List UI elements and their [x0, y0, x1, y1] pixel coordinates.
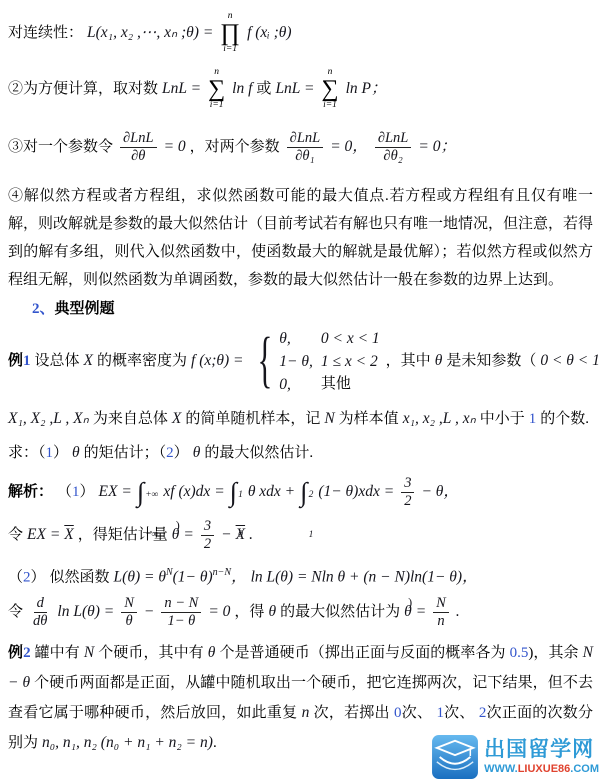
text-run: （	[57, 484, 72, 500]
formula-continuous-likelihood: 对连续性： L(x₁, x₂ ,⋯, xₙ ;θ) = n ∏ i=1 f (x…	[8, 10, 593, 56]
math-run: =	[183, 526, 193, 543]
math-run: X	[172, 410, 181, 427]
fraction-denominator: ∂θ₁	[292, 148, 317, 165]
text-run: 令	[8, 604, 23, 620]
math-run: EX =	[27, 526, 60, 543]
integral-upper-limit: +∞	[145, 475, 158, 515]
text-run: )，其余	[528, 645, 578, 661]
fraction: 3 2	[401, 475, 414, 509]
integral-lower-limit: 1	[309, 515, 314, 555]
text-run: 次，若掷出	[314, 705, 390, 721]
math-run: N	[324, 410, 334, 427]
fraction-denominator: n	[434, 613, 447, 630]
text-run: ）	[80, 484, 95, 500]
integral-limits: +∞ −∞	[145, 475, 158, 509]
text-run: 的简单随机样本，记	[185, 411, 320, 427]
url-domain: LIUXUE86	[518, 763, 571, 775]
text-run: 为来自总体	[93, 411, 168, 427]
example1-sample-description: X₁, X₂ ,L , Xₙ 为来自总体 X 的简单随机样本，记 N 为样本值 …	[8, 406, 593, 432]
fraction-denominator: θ	[122, 613, 135, 630]
text-run: 的矩估计；（	[84, 445, 167, 461]
solution-part2-mle: 令 d dθ ln L(θ) = N θ − n − N 1− θ = 0 ，得…	[8, 590, 593, 634]
text-run: 的最大似然估计为	[280, 604, 400, 620]
text-run: 是未知参数（	[446, 353, 536, 369]
math-run: θ	[208, 644, 216, 661]
numeral: 1	[72, 484, 80, 500]
solution-part1-moment-estimator: 令 EX = X ，得矩估计量 )θ = 3 2 − X .	[8, 514, 593, 556]
text-run: 次、	[402, 705, 433, 721]
text-run: ）	[174, 445, 189, 461]
heading-text: 典型例题	[55, 301, 115, 317]
logo-text: 出国留学网 WWW.LIUXUE86.COM	[484, 739, 599, 775]
solution-label: 解析：	[8, 484, 53, 500]
math-run: L(θ) = θ	[114, 568, 166, 585]
fraction-denominator: 1− θ	[164, 613, 198, 630]
fraction-numerator: ∂LnL	[375, 130, 412, 148]
text-run: ，其中	[386, 353, 431, 369]
numeral: 0	[394, 705, 402, 721]
solution-part1-expectation: 解析： （1） EX = ∫ +∞ −∞ xf (x)dx = ∫ 1 0 θ …	[8, 472, 593, 512]
fraction: ∂LnL ∂θ₁	[287, 130, 324, 164]
integral: ∫ +∞ −∞	[137, 475, 159, 509]
example-label: 例	[8, 645, 23, 661]
piecewise-cases: θ,0 < x < 1 1− θ,1 ≤ x < 2 0,其他	[279, 327, 379, 396]
sum-operator: n ∑ i=1	[208, 68, 225, 110]
numeral: 0.5	[510, 645, 529, 661]
math-run: EX =	[99, 483, 132, 500]
theta-hat: )θ	[404, 590, 412, 634]
fraction-numerator: ∂LnL	[287, 130, 324, 148]
fraction: ∂LnL ∂θ	[120, 130, 157, 164]
sum-operator: n ∑ i=1	[321, 68, 338, 110]
example1-problem-density: 例1 设总体 X 的概率密度为 f (x;θ) = { θ,0 < x < 1 …	[8, 324, 593, 398]
fraction: ∂LnL ∂θ₂	[375, 130, 412, 164]
math-run: L(x₁, x₂ ,⋯, xₙ ;θ) =	[87, 24, 213, 41]
math-run: LnL =	[275, 80, 314, 97]
text-run: ③对一个参数令	[8, 139, 113, 155]
formula-log-likelihood: ②为方便计算，取对数 LnL = n ∑ i=1 ln f 或 LnL = n …	[8, 66, 593, 112]
fraction-numerator: ∂LnL	[120, 130, 157, 148]
example-number: 1	[23, 353, 31, 369]
text-run: 的概率密度为	[97, 353, 187, 369]
integral-upper-limit: 1	[238, 475, 243, 515]
math-run: θ	[193, 444, 201, 461]
math-run: = 0	[208, 603, 230, 620]
numeral: 1	[529, 411, 537, 427]
math-run: .	[249, 526, 253, 543]
math-run: θ	[268, 603, 276, 620]
sum-symbol: ∑	[208, 78, 225, 101]
case-value: 1− θ,	[279, 350, 313, 373]
exponent: N	[166, 567, 173, 578]
fraction-numerator: N	[433, 595, 449, 613]
fraction: n − N 1− θ	[161, 595, 201, 629]
integral-symbol: ∫	[230, 479, 237, 506]
fraction-numerator: 3	[201, 518, 214, 536]
hat-mark: )	[408, 580, 412, 624]
sum-symbol: ∑	[321, 78, 338, 101]
hat-mark: )	[176, 504, 180, 546]
graduation-cap-icon	[432, 735, 478, 779]
math-run: .	[456, 603, 460, 620]
math-run: n₀, n₁, n₂ (n₀ + n₁ + n₂ = n)	[42, 734, 213, 751]
fraction-denominator: 2	[401, 493, 414, 510]
math-run: =	[416, 603, 426, 620]
example-number: 2	[23, 645, 31, 661]
fraction-numerator: 3	[401, 475, 414, 493]
piecewise-function: { θ,0 < x < 1 1− θ,1 ≤ x < 2 0,其他	[250, 327, 380, 396]
numeral: 2	[166, 445, 174, 461]
math-run: −	[221, 526, 231, 543]
text-run: 个是普通硬币（掷出正面与反面的概率各为	[219, 645, 505, 661]
fraction-denominator: 2	[201, 536, 214, 553]
example-label: 例	[8, 353, 23, 369]
liuxue86-logo[interactable]: 出国留学网 WWW.LIUXUE86.COM	[428, 735, 599, 779]
math-run: X	[84, 352, 93, 369]
exponent: n−N	[213, 567, 231, 578]
theta-hat: )θ	[172, 514, 180, 556]
math-run: X₁, X₂ ,L , Xₙ	[8, 410, 89, 427]
math-run: (1− θ)	[173, 568, 213, 585]
text-run: ）	[31, 569, 46, 585]
math-run: LnL =	[162, 80, 201, 97]
text-run: 中小于	[480, 411, 525, 427]
text-run: ，得	[234, 604, 264, 620]
text-run: 次、	[444, 705, 475, 721]
text-run: ）	[53, 445, 68, 461]
document-body: 对连续性： L(x₁, x₂ ,⋯, xₙ ;θ) = n ∏ i=1 f (x…	[0, 10, 601, 758]
math-run: xf (x)dx =	[163, 483, 224, 500]
text-run: （	[8, 569, 23, 585]
math-run: ln f	[232, 80, 252, 97]
integral: ∫ 1 0	[230, 475, 243, 509]
integral-symbol: ∫	[300, 479, 307, 506]
math-run: ，	[231, 568, 247, 585]
solution-part2-likelihood: （2） 似然函数 L(θ) = θN(1− θ)n−N， ln L(θ) = N…	[8, 558, 593, 588]
section-heading-typical-examples: 2、典型例题	[8, 298, 593, 320]
text-run: ，对两个参数	[190, 139, 280, 155]
fraction-denominator: dθ	[30, 613, 50, 630]
text-run: 为样本值	[339, 411, 399, 427]
text-run: .	[213, 735, 217, 751]
math-run: = 0，	[330, 138, 368, 155]
math-run: − θ，	[421, 483, 458, 500]
fraction-numerator: d	[34, 595, 47, 613]
left-brace: {	[257, 333, 272, 389]
text-run: 求：（	[8, 445, 46, 461]
fraction: d dθ	[30, 595, 50, 629]
fraction-denominator: ∂θ	[128, 148, 148, 165]
math-run: ln L(θ) =	[57, 603, 114, 620]
numeral: 2	[23, 569, 31, 585]
math-run: θ	[72, 444, 80, 461]
math-run: n	[302, 704, 310, 721]
product-symbol: ∏	[220, 22, 240, 45]
fraction: N n	[433, 595, 449, 629]
integral-upper-limit: 2	[309, 475, 314, 515]
xbar: X	[64, 526, 73, 543]
math-run: = 0	[164, 138, 186, 155]
math-run: = 0；	[418, 138, 456, 155]
logo-site-url: WWW.LIUXUE86.COM	[484, 764, 599, 775]
fraction-denominator: ∂θ₂	[380, 148, 405, 165]
fraction: 3 2	[201, 518, 214, 552]
text-run: 个硬币，其中有	[98, 645, 203, 661]
text-run: 或	[256, 81, 271, 97]
url-tld: .COM	[570, 763, 599, 775]
case-condition: 1 ≤ x < 2	[321, 350, 380, 373]
math-run: ln L(θ) = Nln θ + (n − N)ln(1− θ)，	[251, 568, 478, 585]
integral: ∫ 2 1	[300, 475, 313, 509]
text-run: ④解似然方程或者方程组，求似然函数可能的最大值点.若方程或方程组有且仅有唯一解，…	[8, 188, 593, 288]
fraction: N θ	[121, 595, 137, 629]
integral-symbol: ∫	[137, 479, 144, 506]
text-run: ②为方便计算，取对数	[8, 81, 158, 97]
text-run: ，得矩估计量	[78, 527, 168, 543]
text-run: 似然函数	[50, 569, 110, 585]
sum-lower-limit: i=1	[323, 101, 337, 111]
case-value: θ,	[279, 327, 313, 350]
url-www: WWW.	[484, 763, 518, 775]
text-run: 对连续性：	[8, 25, 83, 41]
example1-questions: 求：（1） θ 的矩估计；（2） θ 的最大似然估计.	[8, 440, 593, 466]
sum-lower-limit: i=1	[210, 101, 224, 111]
fraction-numerator: n − N	[161, 595, 201, 613]
math-run: θ	[435, 352, 443, 369]
formula-derivative-conditions: ③对一个参数令 ∂LnL ∂θ = 0 ，对两个参数 ∂LnL ∂θ₁ = 0，…	[8, 122, 593, 172]
fraction-numerator: N	[121, 595, 137, 613]
text-run: 罐中有	[35, 645, 80, 661]
math-run: ln P；	[346, 80, 387, 97]
integral-limits: 2 1	[309, 475, 314, 509]
math-run: (1− θ)xdx =	[318, 483, 394, 500]
math-run: x₁, x₂ ,L , xₙ	[403, 410, 476, 427]
case-condition: 0 < x < 1	[321, 327, 380, 350]
text-run: 的个数.	[540, 411, 589, 427]
numeral: 1	[436, 705, 444, 721]
math-run: 0 < θ < 1	[540, 352, 600, 369]
case-value: 0,	[279, 373, 313, 396]
math-run: f (x;θ) =	[191, 352, 244, 369]
integral-limits: 1 0	[238, 475, 243, 509]
logo-site-name: 出国留学网	[484, 739, 599, 761]
math-run: −	[144, 603, 154, 620]
paragraph-solve-likelihood-equation: ④解似然方程或者方程组，求似然函数可能的最大值点.若方程或方程组有且仅有唯一解，…	[8, 182, 593, 294]
product-operator: n ∏ i=1	[220, 12, 240, 54]
text-run: 令	[8, 527, 23, 543]
heading-number: 2、	[32, 301, 55, 317]
xbar: X	[236, 526, 245, 543]
text-run: 的最大似然估计.	[204, 445, 313, 461]
math-run: N	[84, 644, 94, 661]
text-run: 设总体	[35, 353, 80, 369]
case-condition: 其他	[321, 373, 380, 396]
numeral: 1	[46, 445, 54, 461]
product-lower-limit: i=1	[223, 45, 237, 55]
math-run: θ xdx +	[248, 483, 295, 500]
math-run: f (xᵢ ;θ)	[247, 24, 292, 41]
